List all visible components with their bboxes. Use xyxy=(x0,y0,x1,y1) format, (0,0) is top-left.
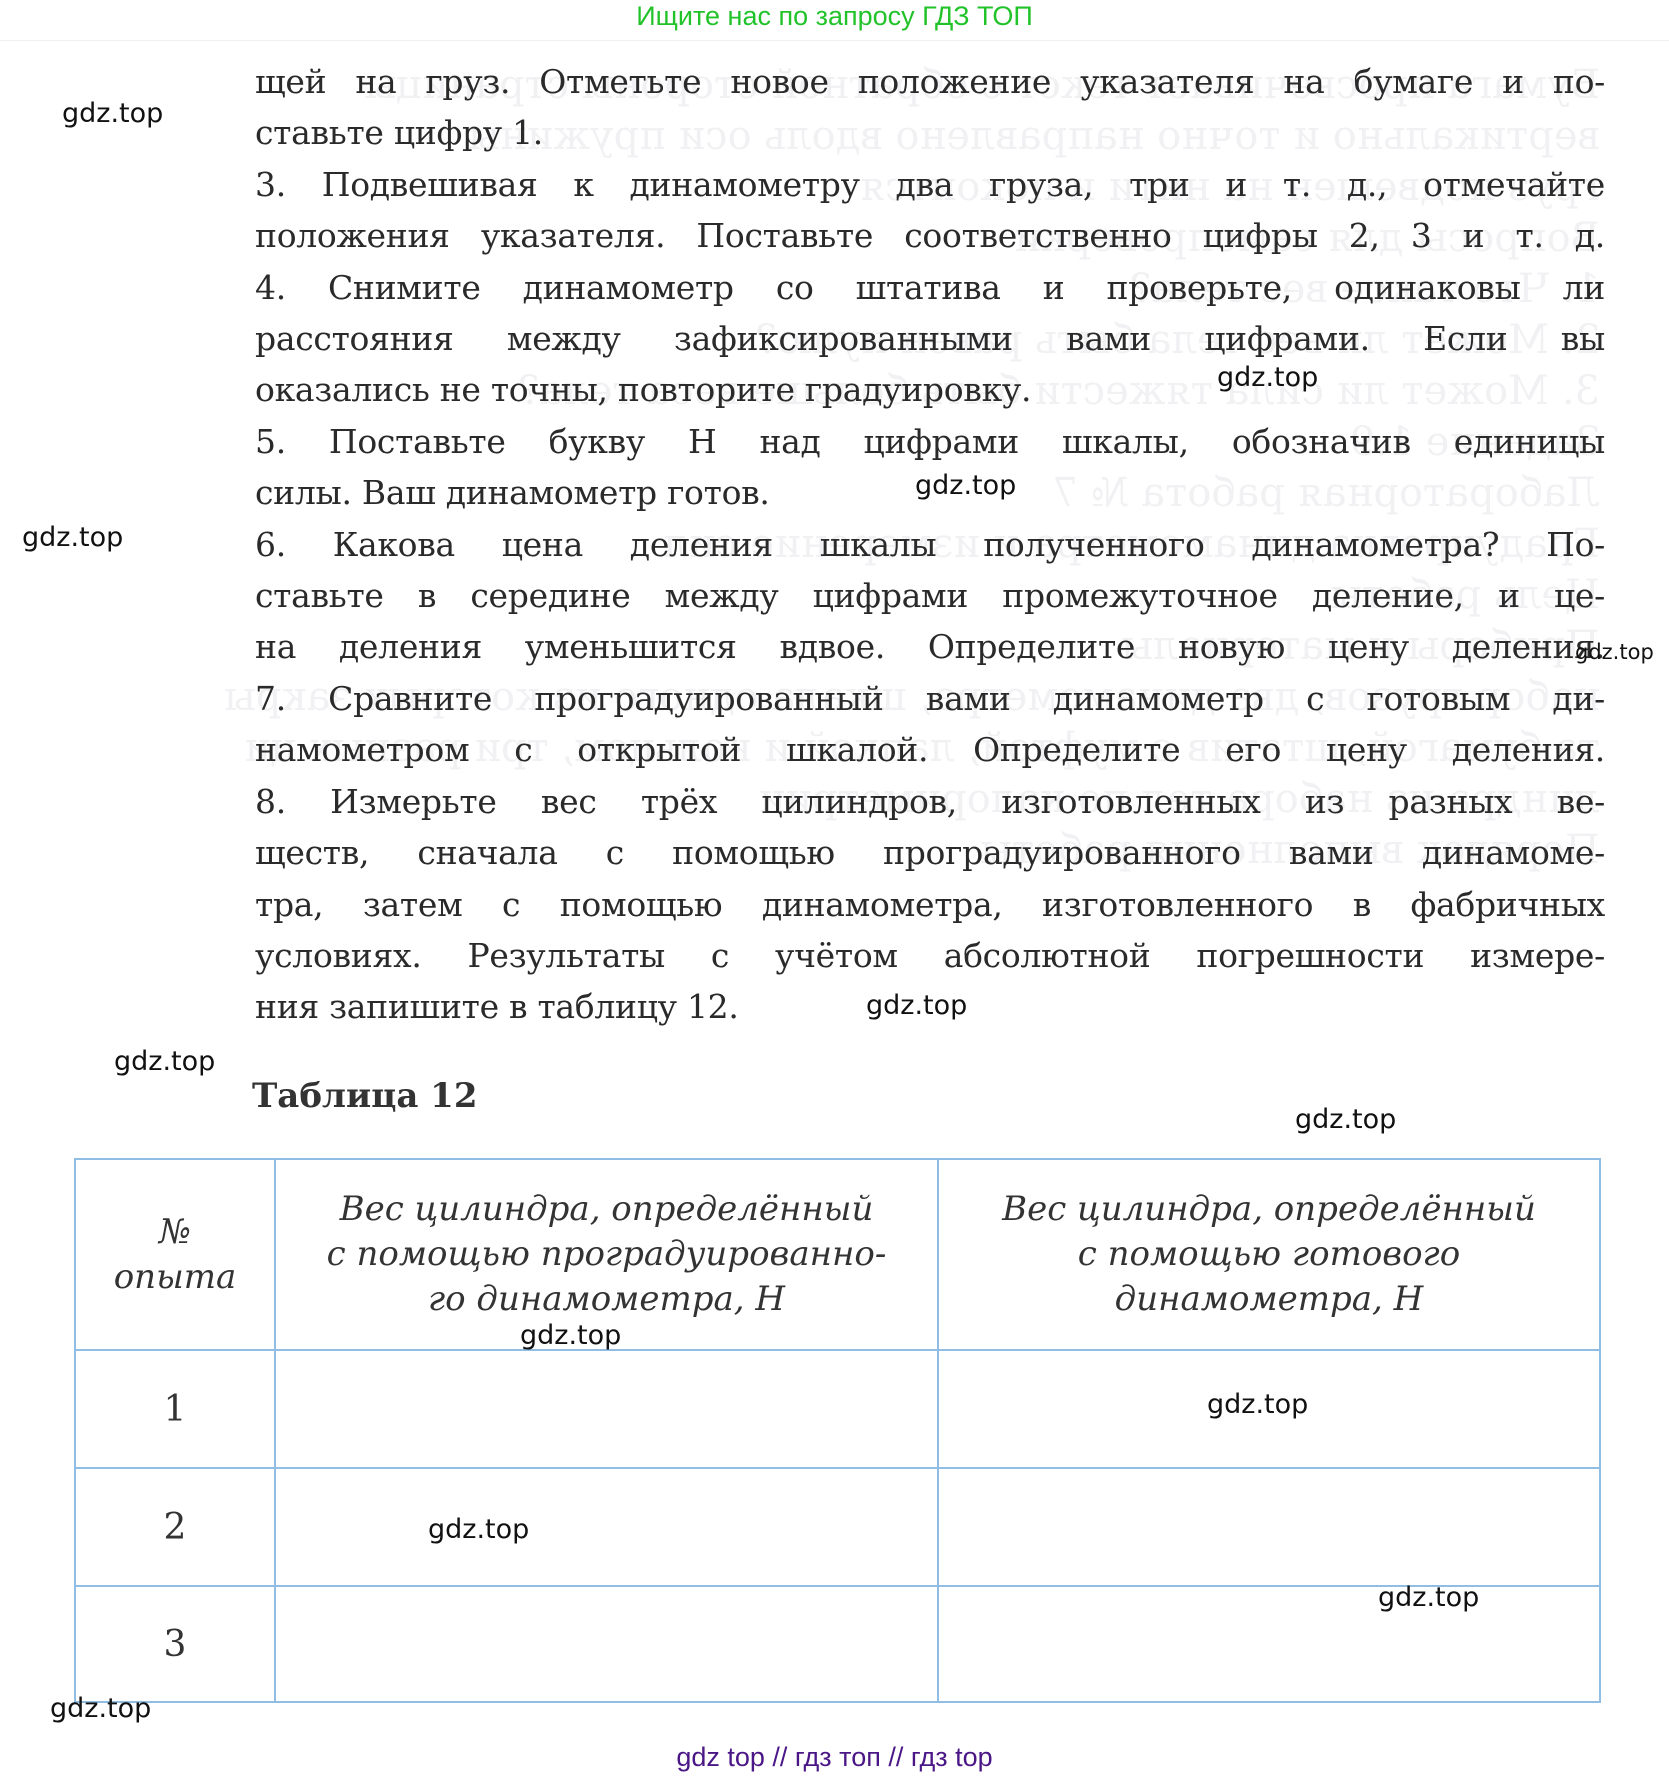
text-line: намометром с открытой шкалой. Определите… xyxy=(255,724,1605,775)
text-line: щей на груз. Отметьте новое положение ук… xyxy=(255,56,1605,107)
watermark: gdz.top xyxy=(1575,640,1654,664)
row-3-number: 3 xyxy=(76,1587,274,1701)
watermark: gdz.top xyxy=(114,1046,215,1077)
table-title: Таблица 12 xyxy=(252,1076,478,1116)
results-table: № опыта Вес цилиндра, определённый с пом… xyxy=(74,1158,1601,1703)
text-line: ставьте в середине между цифрами промежу… xyxy=(255,570,1605,621)
text-line: тра, затем с помощью динамометра, изгото… xyxy=(255,879,1605,930)
watermark: gdz.top xyxy=(22,522,123,553)
header-line: с помощью проградуированно- xyxy=(327,1232,887,1277)
header-line: Вес цилиндра, определённый xyxy=(327,1187,887,1232)
header-experiment-number: № опыта xyxy=(76,1160,274,1349)
row-2-calibrated-cell[interactable] xyxy=(276,1469,937,1585)
header-line: динамометра, Н xyxy=(1002,1277,1536,1322)
watermark: gdz.top xyxy=(915,470,1016,501)
text-line: оказались не точны, повторите градуировк… xyxy=(255,364,1605,415)
text-line: ществ, сначала с помощью проградуированн… xyxy=(255,827,1605,878)
banner-divider xyxy=(0,40,1669,41)
footer-watermark[interactable]: gdz top // гдз топ // гдз top xyxy=(0,1742,1669,1773)
watermark: gdz.top xyxy=(1217,362,1318,393)
text-line: на деления уменьшится вдвое. Определите … xyxy=(255,621,1605,672)
header-line: № xyxy=(114,1210,237,1255)
search-banner[interactable]: Ищите нас по запросу ГДЗ ТОП xyxy=(0,0,1669,40)
row-2-factory-cell[interactable] xyxy=(939,1469,1599,1585)
row-2-number: 2 xyxy=(76,1469,274,1585)
instructions-text: щей на груз. Отметьте новое положение ук… xyxy=(255,56,1605,1033)
step-5: 5. Поставьте букву Н над цифрами шкалы, … xyxy=(255,416,1605,467)
step-8: 8. Измерьте вес трёх цилиндров, изготовл… xyxy=(255,776,1605,827)
text-line: положения указателя. Поставьте соответст… xyxy=(255,210,1605,261)
header-line: го динамометра, Н xyxy=(327,1277,887,1322)
watermark: gdz.top xyxy=(62,98,163,129)
row-3-factory-cell[interactable] xyxy=(939,1587,1599,1701)
watermark: gdz.top xyxy=(1207,1389,1308,1420)
step-6: 6. Какова цена деления шкалы полученного… xyxy=(255,519,1605,570)
header-line: опыта xyxy=(114,1255,237,1300)
step-3: 3. Подвешивая к динамометру два груза, т… xyxy=(255,159,1605,210)
header-line: Вес цилиндра, определённый xyxy=(1002,1187,1536,1232)
watermark: gdz.top xyxy=(50,1693,151,1724)
header-line: с помощью готового xyxy=(1002,1232,1536,1277)
watermark: gdz.top xyxy=(1295,1104,1396,1135)
text-line: ставьте цифру 1. xyxy=(255,107,1605,158)
watermark: gdz.top xyxy=(1378,1582,1479,1613)
row-1-number: 1 xyxy=(76,1351,274,1467)
step-4: 4. Снимите динамометр со штатива и прове… xyxy=(255,262,1605,313)
text-line: условиях. Результаты с учётом абсолютной… xyxy=(255,930,1605,981)
row-1-calibrated-cell[interactable] xyxy=(276,1351,937,1467)
header-factory-weight: Вес цилиндра, определённый с помощью гот… xyxy=(939,1160,1599,1349)
text-line: расстояния между зафиксированными вами ц… xyxy=(255,313,1605,364)
row-3-calibrated-cell[interactable] xyxy=(276,1587,937,1701)
step-7: 7. Сравните проградуированный вами динам… xyxy=(255,673,1605,724)
watermark: gdz.top xyxy=(428,1514,529,1545)
watermark: gdz.top xyxy=(520,1320,621,1351)
watermark: gdz.top xyxy=(866,990,967,1021)
